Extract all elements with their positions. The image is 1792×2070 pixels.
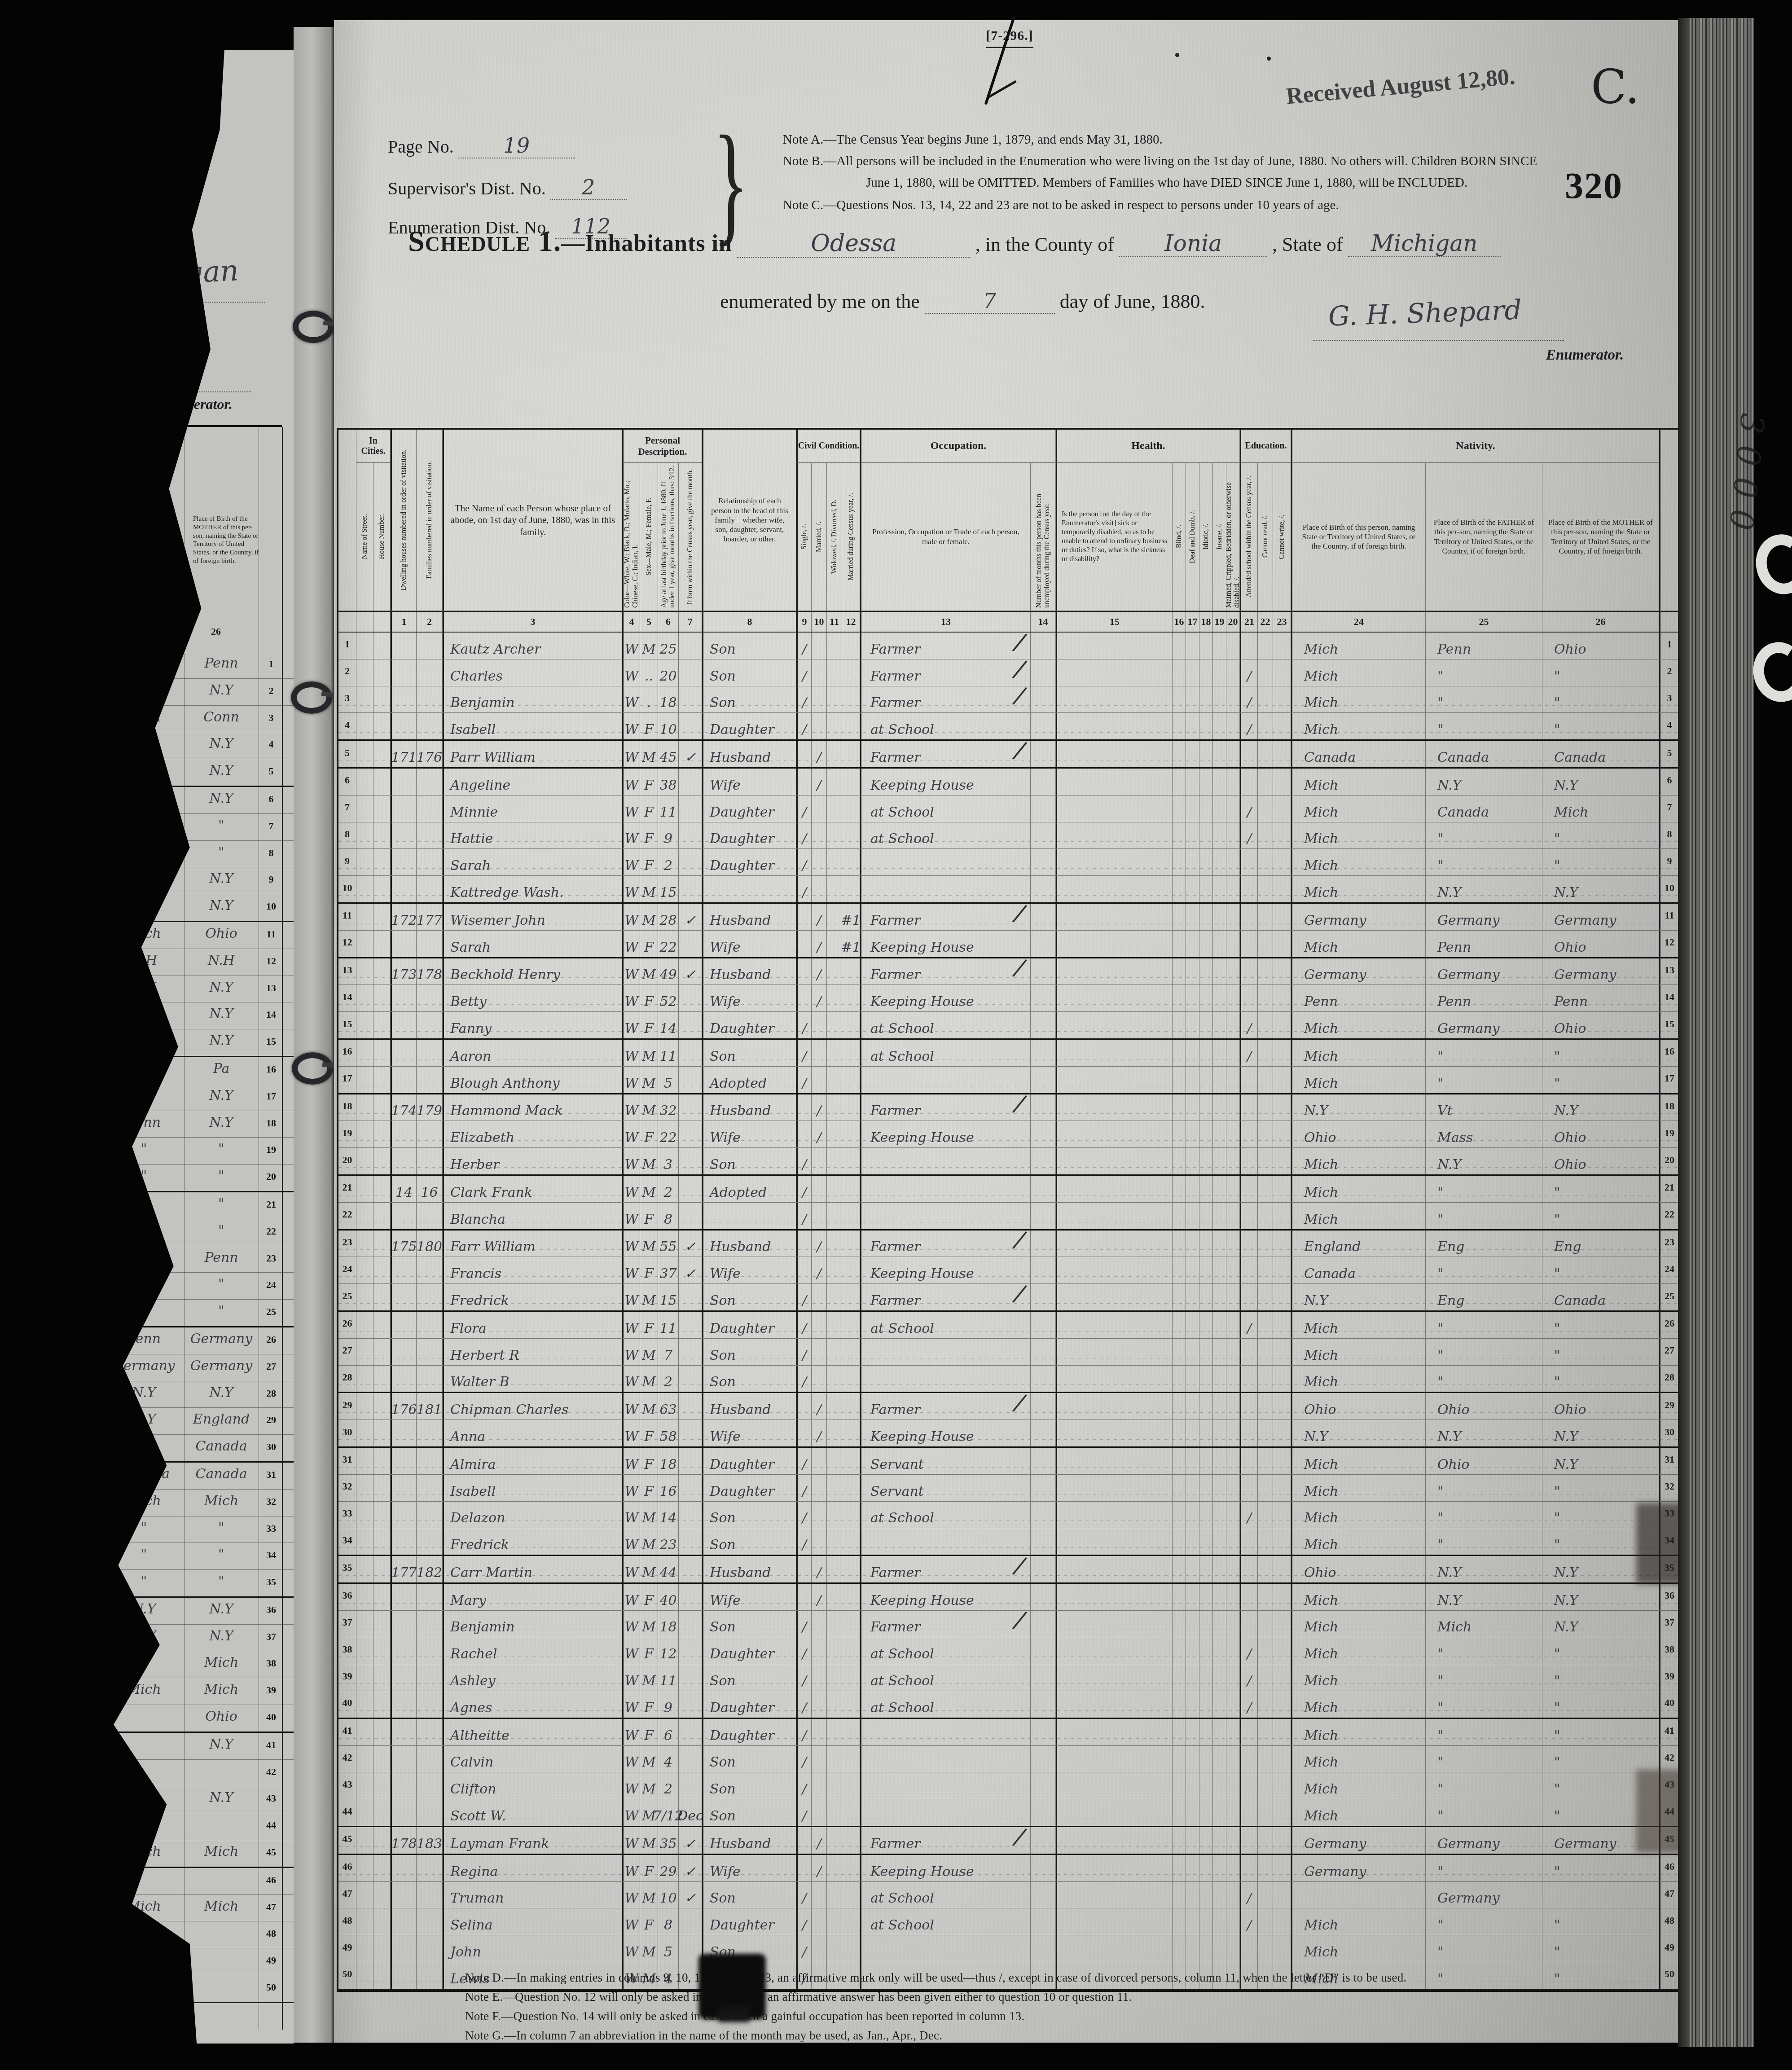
sickness-cell — [1056, 1611, 1173, 1637]
school-mark — [1240, 1528, 1258, 1555]
bottom-note-g: Note G.—In column 7 an abbreviation in t… — [465, 2029, 1565, 2043]
school-mark — [1240, 1799, 1258, 1826]
school-mark — [1240, 985, 1258, 1011]
sickness-cell — [1056, 1908, 1173, 1935]
house-cell — [373, 1448, 391, 1474]
idiotic-cell — [1199, 1176, 1213, 1202]
occupation-value: at School — [860, 713, 1031, 739]
idiotic-cell — [1199, 1611, 1213, 1637]
married-census-mark — [842, 1094, 860, 1121]
relationship-value: Daughter — [702, 1719, 796, 1745]
married-mark — [812, 659, 827, 686]
unemployed-flourish: ∕ — [1031, 1231, 1056, 1257]
person-name: Sarah — [443, 849, 622, 875]
row-number: 44 — [338, 1799, 356, 1826]
row-number: 22 — [338, 1203, 356, 1229]
prev-mother-birthplace: N.Y — [188, 1790, 255, 1806]
prev-row-number: 10 — [260, 901, 282, 912]
cannot-read-cell — [1258, 1584, 1273, 1610]
married-mark — [812, 1908, 827, 1935]
color-value: W — [622, 1691, 640, 1718]
family-number: 183 — [417, 1827, 443, 1854]
color-value: W — [622, 1611, 640, 1637]
disabled-cell — [1226, 1502, 1240, 1528]
street-cell — [356, 1257, 373, 1283]
relationship-value: Adopted — [702, 1067, 796, 1093]
school-mark — [1240, 1231, 1258, 1257]
school-mark — [1240, 633, 1258, 659]
occupation-value — [860, 1799, 1031, 1826]
dwelling-number — [391, 1584, 417, 1610]
cannot-write-cell — [1273, 1012, 1291, 1038]
disabled-cell — [1226, 1827, 1240, 1854]
deaf-cell — [1186, 904, 1199, 930]
prev-mother-birthplace: " — [188, 1303, 255, 1319]
unemployed-flourish — [1031, 1664, 1056, 1691]
occupation-value: Farmer — [860, 633, 1031, 659]
person-name: Scott W. — [443, 1799, 622, 1826]
street-cell — [356, 713, 373, 739]
married-mark — [812, 876, 827, 902]
column-number: 19 — [1213, 612, 1226, 632]
birth-month-or-check — [679, 1203, 702, 1229]
row-number: 34 — [338, 1528, 356, 1555]
mother-birthplace-value: " — [1542, 1339, 1659, 1365]
col-families: Families numbered in order of visitation… — [417, 430, 443, 611]
age-value: 37 — [658, 1257, 679, 1283]
prev-father-birthplace: Germany — [107, 1358, 181, 1374]
table-row: 29176181Chipman CharlesWM63Husband∕Farme… — [338, 1393, 1679, 1420]
idiotic-cell — [1199, 1664, 1213, 1691]
color-value: W — [622, 1664, 640, 1691]
relationship-value: Son — [702, 1772, 796, 1799]
school-mark: ∕ — [1240, 1908, 1258, 1935]
idiotic-cell — [1199, 1691, 1213, 1718]
disabled-cell — [1226, 1040, 1240, 1066]
blind-cell — [1173, 1664, 1186, 1691]
row-number: 36 — [338, 1584, 356, 1610]
row-number: 20 — [338, 1148, 356, 1174]
cannot-write-cell — [1273, 1556, 1291, 1582]
sickness-cell — [1056, 985, 1173, 1011]
occupation-value — [860, 876, 1031, 902]
blind-cell — [1173, 876, 1186, 902]
unemployed-flourish — [1031, 1637, 1056, 1664]
enumerator-signature: G. H. Shepard — [1328, 294, 1522, 333]
house-cell — [373, 1664, 391, 1691]
father-birthplace-value: " — [1426, 1908, 1542, 1935]
widowed-mark — [827, 1121, 842, 1147]
school-mark — [1240, 741, 1258, 767]
color-value: W — [622, 1719, 640, 1745]
house-cell — [373, 1393, 391, 1420]
cannot-read-cell — [1258, 1855, 1273, 1881]
idiotic-cell — [1199, 795, 1213, 822]
house-cell — [373, 1121, 391, 1147]
married-census-mark — [842, 1231, 860, 1257]
color-value: W — [622, 1393, 640, 1420]
relationship-value — [702, 1203, 796, 1229]
table-row: 34FredrickWM23Son∕Mich""34 — [338, 1528, 1679, 1556]
dwelling-number — [391, 1420, 417, 1446]
father-birthplace-value: " — [1426, 1067, 1542, 1093]
idiotic-cell — [1199, 1203, 1213, 1229]
father-birthplace-value: Canada — [1426, 741, 1542, 767]
cannot-write-cell — [1273, 1502, 1291, 1528]
cannot-write-cell — [1273, 1691, 1291, 1718]
column-number: 16 — [1173, 612, 1186, 632]
deaf-cell — [1186, 1637, 1199, 1664]
prev-father-birthplace: Penn — [107, 1115, 181, 1130]
father-birthplace-value: " — [1426, 1637, 1542, 1664]
cannot-write-cell — [1273, 1257, 1291, 1283]
person-name: Anna — [443, 1420, 622, 1446]
relationship-value: Wife — [702, 769, 796, 795]
age-value: 58 — [658, 1420, 679, 1446]
married-census-mark — [842, 1067, 860, 1093]
row-number: 47 — [338, 1882, 356, 1908]
relationship-value: Husband — [702, 958, 796, 985]
single-mark: ∕ — [796, 1502, 812, 1528]
deaf-cell — [1186, 1799, 1199, 1826]
row-number: 5 — [1659, 741, 1679, 767]
dwelling-number — [391, 795, 417, 822]
insane-cell — [1213, 1799, 1226, 1826]
col-street: Name of Street. — [356, 463, 373, 611]
sex-value: F — [640, 822, 658, 849]
color-value: W — [622, 1584, 640, 1610]
age-value: 10 — [658, 1882, 679, 1908]
family-number — [417, 1203, 443, 1229]
ink-dot — [1267, 57, 1271, 61]
birth-month-or-check — [679, 1040, 702, 1066]
person-name: Benjamin — [443, 686, 622, 713]
dwelling-number: 177 — [391, 1556, 417, 1582]
cannot-write-cell — [1273, 713, 1291, 739]
prev-row-number: 35 — [260, 1576, 282, 1588]
blind-cell — [1173, 1121, 1186, 1147]
dwelling-number — [391, 659, 417, 686]
sex-value: F — [640, 1908, 658, 1935]
prev-mother-birthplace: Canada — [188, 1466, 255, 1482]
person-name: Flora — [443, 1312, 622, 1338]
sex-value: F — [640, 1121, 658, 1147]
married-mark — [812, 849, 827, 875]
house-cell — [373, 1528, 391, 1555]
mother-birthplace-value: Penn — [1542, 985, 1659, 1011]
birth-month-or-check: ✓ — [679, 1882, 702, 1908]
cannot-read-cell — [1258, 633, 1273, 659]
street-cell — [356, 904, 373, 930]
sex-value: F — [640, 1312, 658, 1338]
family-number — [417, 1312, 443, 1338]
mother-birthplace-value: " — [1542, 1746, 1659, 1772]
prev-rows: Penn1N.Y2PennConn3N.YN.Y4N.Y5N.YN.Y6""7"… — [102, 652, 294, 2003]
sex-value: M — [640, 1366, 658, 1392]
table-row: 19ElizabethWF22Wife∕Keeping HouseOhioMas… — [338, 1121, 1679, 1148]
prev-row-number: 12 — [260, 955, 282, 967]
table-row: 5171176Parr WilliamWM45✓Husband∕Farmer∕C… — [338, 741, 1679, 769]
unemployed-flourish — [1031, 985, 1056, 1011]
prev-row-number: 28 — [260, 1388, 282, 1399]
cannot-write-cell — [1273, 1067, 1291, 1093]
person-name: Hammond Mack — [443, 1094, 622, 1121]
prev-mother-birthplace: Conn — [188, 709, 255, 725]
widowed-mark — [827, 1528, 842, 1555]
color-value: W — [622, 985, 640, 1011]
sickness-cell — [1056, 876, 1173, 902]
mother-birthplace-value: N.Y — [1542, 876, 1659, 902]
married-census-mark — [842, 1908, 860, 1935]
sex-value: M — [640, 1231, 658, 1257]
father-birthplace-value: Vt — [1426, 1094, 1542, 1121]
person-name: Sarah — [443, 931, 622, 957]
birthplace-value: Mich — [1291, 1067, 1426, 1093]
col-insane: Insane, /. — [1213, 463, 1226, 611]
prev-row-number: 45 — [260, 1846, 282, 1858]
house-cell — [373, 876, 391, 902]
birthplace-value — [1291, 1882, 1426, 1908]
married-mark — [812, 1799, 827, 1826]
sex-value: M — [640, 958, 658, 985]
census-table: In Cities. Name of Street. House Number.… — [337, 428, 1681, 1992]
disabled-cell — [1226, 876, 1240, 902]
idiotic-cell — [1199, 1148, 1213, 1174]
person-name: Calvin — [443, 1746, 622, 1772]
unemployed-flourish — [1031, 1366, 1056, 1392]
table-row: 2CharlesW..20Son∕Farmer∕∕Mich""2 — [338, 659, 1679, 686]
birthplace-value: England — [1291, 1231, 1426, 1257]
disabled-cell — [1226, 1611, 1240, 1637]
occupation-value: Farmer — [860, 904, 1031, 930]
prev-mother-birthplace: N.Y — [188, 763, 255, 778]
father-birthplace-value: " — [1426, 849, 1542, 875]
row-number: 10 — [1659, 876, 1679, 902]
disabled-cell — [1226, 686, 1240, 713]
col-blind: Blind, /. — [1173, 463, 1186, 611]
insane-cell — [1213, 1312, 1226, 1338]
married-mark — [812, 1040, 827, 1066]
sickness-cell — [1056, 1284, 1173, 1310]
unemployed-flourish — [1031, 769, 1056, 795]
insane-cell — [1213, 1637, 1226, 1664]
married-mark — [812, 1012, 827, 1038]
relationship-value: Wife — [702, 1257, 796, 1283]
occupation-value: Keeping House — [860, 1855, 1031, 1881]
sex-value: M — [640, 1827, 658, 1854]
house-cell — [373, 958, 391, 985]
prev-mother-birthplace: N.Y — [188, 736, 255, 752]
insane-cell — [1213, 931, 1226, 957]
house-cell — [373, 1772, 391, 1799]
sex-value: F — [640, 1448, 658, 1474]
family-number — [417, 1855, 443, 1881]
school-mark — [1240, 849, 1258, 875]
prev-father-birthplace: Canada — [107, 1466, 181, 1482]
prev-row-number: 11 — [260, 928, 282, 940]
deaf-cell — [1186, 1393, 1199, 1420]
column-number: 12 — [842, 612, 860, 632]
prev-table-row: "22 — [102, 1219, 294, 1246]
deaf-cell — [1186, 1556, 1199, 1582]
widowed-mark — [827, 958, 842, 985]
insane-cell — [1213, 985, 1226, 1011]
deaf-cell — [1186, 713, 1199, 739]
note-c: Note C.—Questions Nos. 13, 14, 22 and 23… — [783, 198, 1339, 213]
prev-mother-birthplace: N.Y — [188, 1115, 255, 1130]
prev-father-birthplace: " — [107, 1141, 181, 1157]
sex-value: F — [640, 931, 658, 957]
age-value: 28 — [658, 904, 679, 930]
relationship-value: Son — [702, 1502, 796, 1528]
house-cell — [373, 1719, 391, 1745]
dwelling-number — [391, 1691, 417, 1718]
street-cell — [356, 1420, 373, 1446]
row-number: 19 — [338, 1121, 356, 1147]
street-cell — [356, 931, 373, 957]
prev-table-row: ""8 — [102, 841, 294, 868]
column-number: 15 — [1056, 612, 1173, 632]
column-number: 23 — [1273, 612, 1291, 632]
unemployed-flourish — [1031, 1719, 1056, 1745]
single-mark — [796, 1827, 812, 1854]
cannot-write-cell — [1273, 1719, 1291, 1745]
single-mark — [796, 1231, 812, 1257]
cannot-read-cell — [1258, 904, 1273, 930]
row-number: 28 — [1659, 1366, 1679, 1392]
disabled-cell — [1226, 1556, 1240, 1582]
father-birthplace-value: Germany — [1426, 958, 1542, 985]
sickness-cell — [1056, 1448, 1173, 1474]
blind-cell — [1173, 1556, 1186, 1582]
house-cell — [373, 1827, 391, 1854]
table-row: 8HattieWF9Daughter∕at School∕Mich""8 — [338, 822, 1679, 849]
street-cell — [356, 1691, 373, 1718]
column-number: 13 — [860, 612, 1031, 632]
birthplace-value: N.Y — [1291, 1284, 1426, 1310]
widowed-mark — [827, 1366, 842, 1392]
prev-mother-birthplace: Mich — [188, 1655, 255, 1670]
widowed-mark — [827, 795, 842, 822]
table-row: 31AlmiraWF18Daughter∕ServantMichOhioN.Y3… — [338, 1448, 1679, 1475]
family-number — [417, 659, 443, 686]
prev-table-row: N.YN.Y6 — [102, 787, 294, 814]
deaf-cell — [1186, 1312, 1199, 1338]
disabled-cell — [1226, 1664, 1240, 1691]
prev-row-number: 40 — [260, 1711, 282, 1723]
single-mark: ∕ — [796, 876, 812, 902]
sex-value: F — [640, 1637, 658, 1664]
sickness-cell — [1056, 1393, 1173, 1420]
birth-month-or-check — [679, 795, 702, 822]
cannot-read-cell — [1258, 985, 1273, 1011]
house-cell — [373, 849, 391, 875]
insane-cell — [1213, 769, 1226, 795]
dwelling-number — [391, 1746, 417, 1772]
occupation-value — [860, 1935, 1031, 1962]
person-name: Herber — [443, 1148, 622, 1174]
sickness-cell — [1056, 633, 1173, 659]
color-value: W — [622, 1420, 640, 1446]
deaf-cell — [1186, 1475, 1199, 1501]
row-number: 18 — [338, 1094, 356, 1121]
relationship-value: Son — [702, 633, 796, 659]
enumerator-label: Enumerator. — [1546, 347, 1624, 364]
sickness-cell — [1056, 1935, 1173, 1962]
house-cell — [373, 659, 391, 686]
married-mark — [812, 1719, 827, 1745]
blind-cell — [1173, 1012, 1186, 1038]
school-mark — [1240, 1935, 1258, 1962]
married-census-mark — [842, 1528, 860, 1555]
widowed-mark — [827, 1772, 842, 1799]
single-mark: ∕ — [796, 1637, 812, 1664]
insane-cell — [1213, 713, 1226, 739]
occupation-value: at School — [860, 795, 1031, 822]
father-birthplace-value: Eng — [1426, 1231, 1542, 1257]
dwelling-number — [391, 985, 417, 1011]
street-cell — [356, 1502, 373, 1528]
relationship-value: Daughter — [702, 1475, 796, 1501]
dwelling-number — [391, 1067, 417, 1093]
prev-table-row: CanadaCanada31 — [102, 1463, 294, 1490]
single-mark: ∕ — [796, 1908, 812, 1935]
birthplace-value: Canada — [1291, 1257, 1426, 1283]
row-number: 24 — [1659, 1257, 1679, 1283]
table-row: 41AltheitteWF6Daughter∕Mich""41 — [338, 1719, 1679, 1746]
ink-blot-small — [718, 2007, 750, 2022]
birth-month-or-check: Dec — [679, 1799, 702, 1826]
house-cell — [373, 741, 391, 767]
single-mark: ∕ — [796, 795, 812, 822]
single-mark: ∕ — [796, 1935, 812, 1962]
group-nativity: Nativity. — [1291, 430, 1659, 463]
row-number: 41 — [1659, 1719, 1679, 1745]
mother-birthplace-value: Ohio — [1542, 633, 1659, 659]
person-name: Farr William — [443, 1231, 622, 1257]
unemployed-flourish: ∕ — [1031, 1284, 1056, 1310]
married-census-mark — [842, 1502, 860, 1528]
prev-table-row: N.YEngland29 — [102, 1408, 294, 1435]
father-birthplace-value: " — [1426, 1935, 1542, 1962]
birthplace-value: Mich — [1291, 633, 1426, 659]
person-name: Isabell — [443, 1475, 622, 1501]
birth-month-or-check — [679, 1366, 702, 1392]
widowed-mark — [827, 1556, 842, 1582]
single-mark: ∕ — [796, 659, 812, 686]
relationship-value: Daughter — [702, 1908, 796, 1935]
sickness-cell — [1056, 931, 1173, 957]
mother-birthplace-value: N.Y — [1542, 1094, 1659, 1121]
mother-birthplace-value: " — [1542, 1176, 1659, 1202]
prev-row-number: 49 — [260, 1955, 282, 1966]
prev-father-birthplace: Mich — [107, 1899, 181, 1914]
cannot-write-cell — [1273, 1935, 1291, 1962]
age-value: 22 — [658, 1121, 679, 1147]
row-number: 31 — [338, 1448, 356, 1474]
prev-table-row: MichMich47 — [102, 1895, 294, 1922]
married-mark — [812, 1882, 827, 1908]
school-mark: ∕ — [1240, 1040, 1258, 1066]
insane-cell — [1213, 1556, 1226, 1582]
occupation-value: Keeping House — [860, 1420, 1031, 1446]
idiotic-cell — [1199, 1475, 1213, 1501]
cannot-write-cell — [1273, 1584, 1291, 1610]
cannot-read-cell — [1258, 1420, 1273, 1446]
family-number — [417, 1339, 443, 1365]
supervisor-label-text: Supervisor's Dist. No. — [388, 178, 546, 198]
dwelling-number — [391, 1339, 417, 1365]
